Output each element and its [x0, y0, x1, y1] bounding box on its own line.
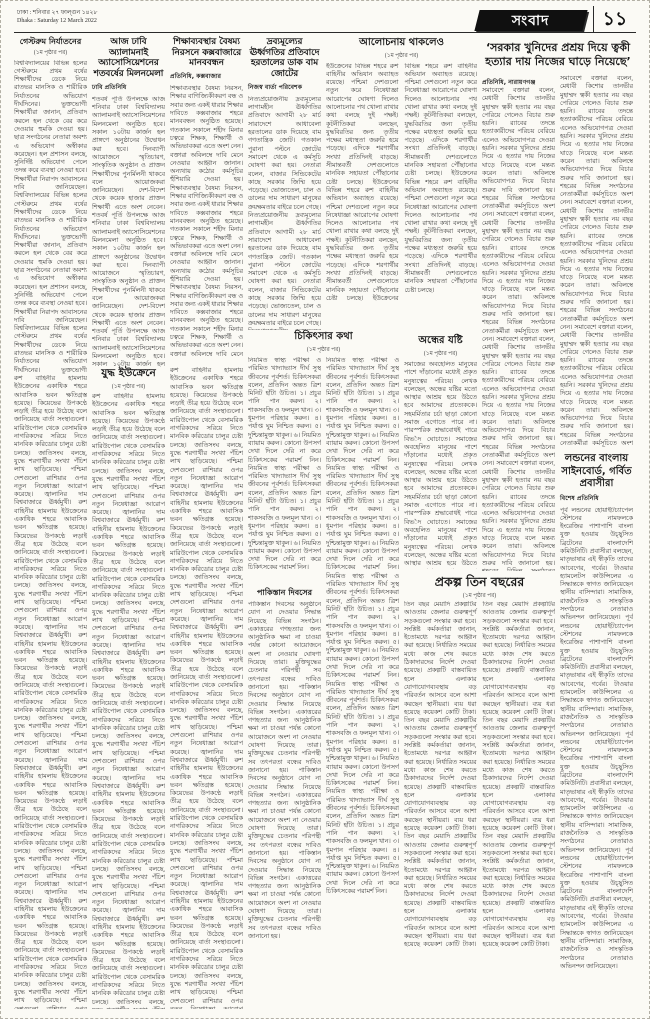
body-du-alumni: শতবর্ষ পূর্তি উপলক্ষে আজ শনিবার ঢাকা বিশ… [92, 96, 165, 368]
body-hartal: নিত্যপ্রয়োজনীয় দ্রব্যমূল্যের লাগামহীন … [248, 96, 321, 330]
article-coxbazar: শিক্ষাব্যবস্থার বৈষম্য নিরসনে কক্সবাজারে… [170, 37, 243, 357]
body-ukraine-col3: রুশ বাহিনীর হামলায় ইউক্রেনের একাধিক শহর… [170, 367, 243, 1009]
dateline-english: Dhaka : Saturday 12 March 2022 [17, 18, 97, 26]
byline-coxbazar: প্রতিনিধি, কক্সবাজার [170, 71, 243, 82]
jump-label: (১ম পৃষ্ঠার পর) [92, 382, 165, 392]
headline-andher-jashti: অন্ধের যষ্টি [404, 335, 477, 348]
jump-label: (১ম পৃষ্ঠার পর) [404, 591, 555, 601]
masthead-title: সংবাদ [512, 9, 549, 33]
newspaper-page: ঢাকা : শনিবার ২৭ ফাল্গুন ১৪২৮ Dhaka : Sa… [0, 0, 650, 1019]
article-london: লন্ডনের বাংলায় সাইনবোর্ড, গর্বিত প্রবাস… [560, 453, 633, 1007]
headline-pakistan-dibosh: পাকিস্তান দিবসের [248, 588, 321, 598]
body-pakistan-dibosh: পাকিস্তান দিবসের অনুষ্ঠানে যোগ না দেওয়া… [248, 601, 321, 1009]
jump-label: (১ম পৃষ্ঠার পর) [326, 51, 477, 61]
body-guestroom: বিশ্ববিদ্যালয়ের বিভিন্ন হলের গেস্টরুমে … [14, 60, 87, 374]
dateline-bengali: ঢাকা : শনিবার ২৭ ফাল্গুন ১৪২৮ [17, 10, 97, 18]
headline-guestroom: গেস্টরুম নির্যাতনের [14, 37, 87, 47]
byline-hartal: নিজস্ব বার্তা পরিবেশক [248, 82, 321, 93]
dateline: ঢাকা : শনিবার ২৭ ফাল্গুন ১৪২৮ Dhaka : Sa… [17, 10, 97, 26]
body-twaki-right: সমাবেশে বক্তারা বলেন, মেধাবী কিশোর তানভী… [560, 75, 633, 447]
headline-london: লন্ডনের বাংলায় সাইনবোর্ড, গর্বিত প্রবাস… [560, 453, 633, 491]
article-du-alumni: আজ ঢাবি অ্যালামনাই অ্যাসোসিয়েশনের শতবর্… [92, 37, 165, 368]
headline-du-alumni: আজ ঢাবি অ্যালামনাই অ্যাসোসিয়েশনের শতবর্… [92, 37, 165, 80]
page-number: ১১ [593, 6, 636, 32]
masthead-logo: সংবাদ [474, 10, 587, 31]
body-ukraine-col2: রুশ বাহিনীর হামলায় ইউক্রেনের একাধিক শহর… [92, 393, 165, 1009]
body-andher-jashti: সমাজের অবহেলিত মানুষের পাশে দাঁড়ানোর মধ… [404, 361, 477, 569]
body-prokolpo: তিন বছর মেয়াদি প্রকল্পটির আওতায় জেলার … [404, 601, 555, 1009]
page-header: ঢাকা : শনিবার ২৭ ফাল্গুন ১৪২৮ Dhaka : Sa… [14, 8, 636, 33]
byline-du-alumni: ঢাবি প্রতিনিধি [92, 82, 165, 93]
body-chikitsa-col5: নিয়মিত স্বাস্থ্য পরীক্ষা ও পরিমিত খাদ্য… [326, 357, 399, 1009]
jump-label: (১ম পৃষ্ঠার পর) [248, 345, 399, 355]
body-london: পূর্ব লন্ডনের হোয়াইটচ্যাপেল স্টেশনের না… [560, 507, 633, 1007]
body-ukraine-col1: রুশ বাহিনীর হামলায় ইউক্রেনের একাধিক শহর… [14, 375, 87, 1009]
article-guestroom: গেস্টরুম নির্যাতনের (১ম পৃষ্ঠার পর) বিশ্… [14, 37, 87, 374]
article-alochona: আলোচনায় থাকলেও (১ম পৃষ্ঠার পর) ইউক্রেনে… [326, 37, 477, 327]
article-hartal: দ্রব্যমূল্যের ঊর্ধ্বগতির প্রতিবাদে হরতাল… [248, 37, 321, 330]
body-chikitsa-col4a: নিয়মিত স্বাস্থ্য পরীক্ষা ও পরিমিত খাদ্য… [248, 357, 321, 585]
headline-twaki: ‘সরকার খুনিদের প্রশ্রয় দিয়ে ত্বকী হত্য… [482, 41, 634, 69]
byline-london: বিশেষ প্রতিনিধি [560, 493, 633, 504]
jump-label: (১ম পৃষ্ঠার পর) [14, 48, 87, 58]
body-coxbazar: শিক্ষাব্যবস্থার বৈষম্য নিরসন, শিক্ষার বা… [170, 85, 243, 357]
headline-ukraine: যুদ্ধ ইউক্রেনে [92, 367, 165, 380]
headline-chikitsa: চিকিৎসার কথা [248, 331, 399, 344]
body-alochona: ইউক্রেনের বিভিন্ন শহরে রুশ বাহিনীর অভিযা… [326, 63, 477, 327]
body-twaki-left: সমাবেশে বক্তারা বলেন, মেধাবী কিশোর তানভী… [482, 87, 555, 571]
headline-coxbazar: শিক্ষাব্যবস্থার বৈষম্য নিরসনে কক্সবাজারে… [170, 37, 243, 69]
headline-alochona: আলোচনায় থাকলেও [326, 37, 477, 50]
headline-hartal: দ্রব্যমূল্যের ঊর্ধ্বগতির প্রতিবাদে হরতাল… [248, 37, 321, 80]
headline-prokolpo: প্রকল্প তিন বছরের [404, 574, 555, 590]
jump-label: (১ম পৃষ্ঠার পর) [404, 349, 477, 359]
